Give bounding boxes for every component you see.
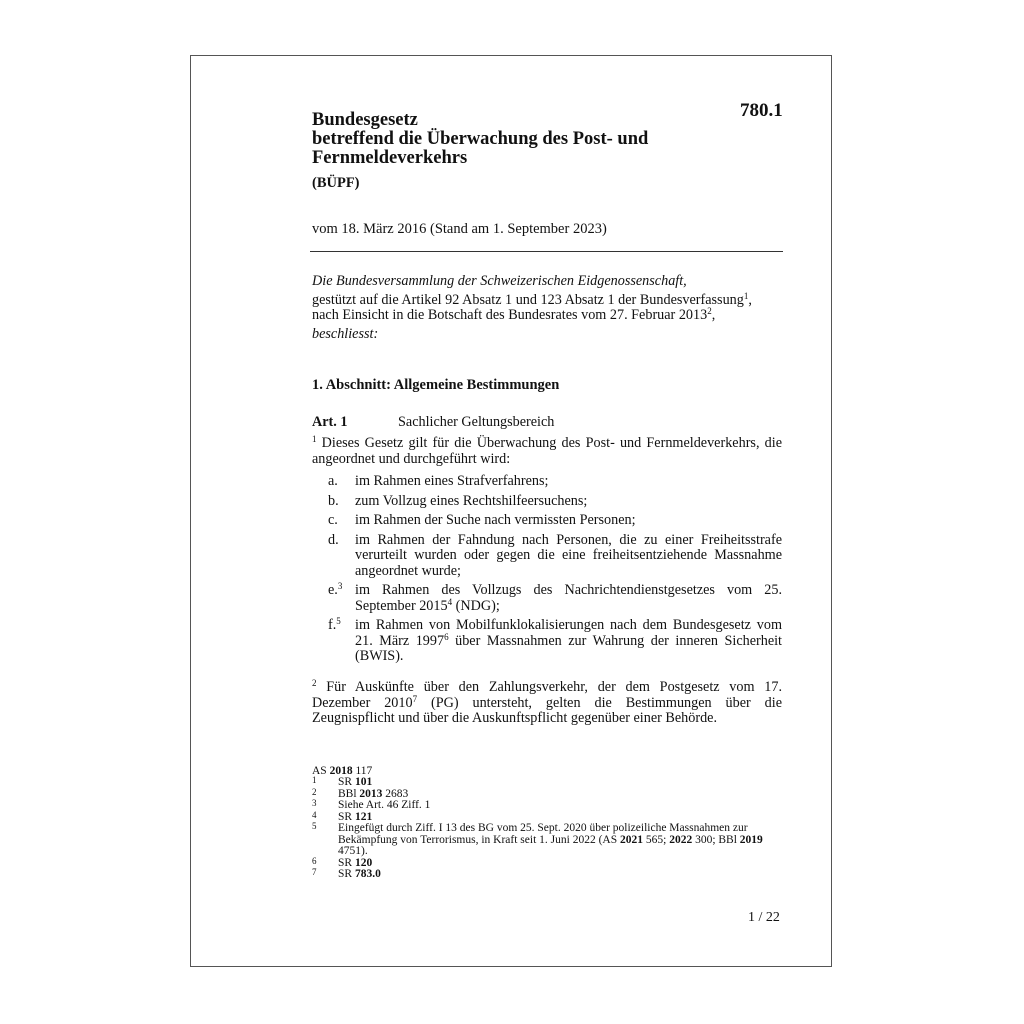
title-line: Fernmeldeverkehrs <box>312 149 648 168</box>
footnote: 3Siehe Art. 46 Ziff. 1 <box>312 800 782 812</box>
page-number: 1 / 22 <box>748 910 780 926</box>
article-heading: Art. 1Sachlicher Geltungsbereich <box>312 415 782 431</box>
preamble-basis: gestützt auf die Artikel 92 Absatz 1 und… <box>312 293 784 309</box>
preamble-message: nach Einsicht in die Botschaft des Bunde… <box>312 308 784 324</box>
title-line: betreffend die Überwachung des Post- und <box>312 130 648 149</box>
footnotes: 1SR 101 2BBl 2013 2683 3Siehe Art. 46 Zi… <box>312 777 782 881</box>
article-paragraph-1: 1 Dieses Gesetz gilt für die Überwachung… <box>312 436 782 467</box>
list-item: f.5 im Rahmen von Mobilfunklokalisierung… <box>312 618 782 665</box>
sr-number: 780.1 <box>740 100 783 122</box>
list-label: c. <box>328 513 338 529</box>
list-label: b. <box>328 494 339 510</box>
footnote: 6SR 120 <box>312 858 782 870</box>
list-item: a. im Rahmen eines Strafverfahrens; <box>312 474 782 490</box>
law-abbreviation: (BÜPF) <box>312 175 360 192</box>
article-title: Sachlicher Geltungsbereich <box>398 414 554 430</box>
footnote: 5Eingefügt durch Ziff. I 13 des BG vom 2… <box>312 823 782 858</box>
footnote-ref[interactable]: 3 <box>338 581 343 591</box>
list-item: e.3 im Rahmen des Vollzugs des Nachricht… <box>312 583 782 614</box>
footnote-ref[interactable]: 5 <box>336 616 341 626</box>
preamble-decision: beschliesst: <box>312 327 784 343</box>
law-title: Bundesgesetz betreffend die Überwachung … <box>312 111 648 168</box>
article-paragraph-2: 2 Für Auskünfte über den Zahlungsverkehr… <box>312 680 782 727</box>
preamble: Die Bundesversammlung der Schweizerische… <box>312 274 784 342</box>
section-heading: 1. Abschnitt: Allgemeine Bestimmungen <box>312 377 559 394</box>
preamble-authority: Die Bundesversammlung der Schweizerische… <box>312 274 784 290</box>
list-label: d. <box>328 533 339 549</box>
horizontal-rule <box>310 251 783 252</box>
list-item: c. im Rahmen der Suche nach vermissten P… <box>312 513 782 529</box>
article-list: a. im Rahmen eines Strafverfahrens; b. z… <box>312 474 782 669</box>
list-label: a. <box>328 474 338 490</box>
list-label: e.3 <box>328 583 342 599</box>
list-item: b. zum Vollzug eines Rechtshilfeersuchen… <box>312 494 782 510</box>
date-line: vom 18. März 2016 (Stand am 1. September… <box>312 221 607 238</box>
title-line: Bundesgesetz <box>312 111 648 130</box>
footnote: 7SR 783.0 <box>312 869 782 881</box>
list-item: d. im Rahmen der Fahndung nach Personen,… <box>312 533 782 580</box>
article-number: Art. 1 <box>312 415 398 431</box>
list-label: f.5 <box>328 618 341 634</box>
